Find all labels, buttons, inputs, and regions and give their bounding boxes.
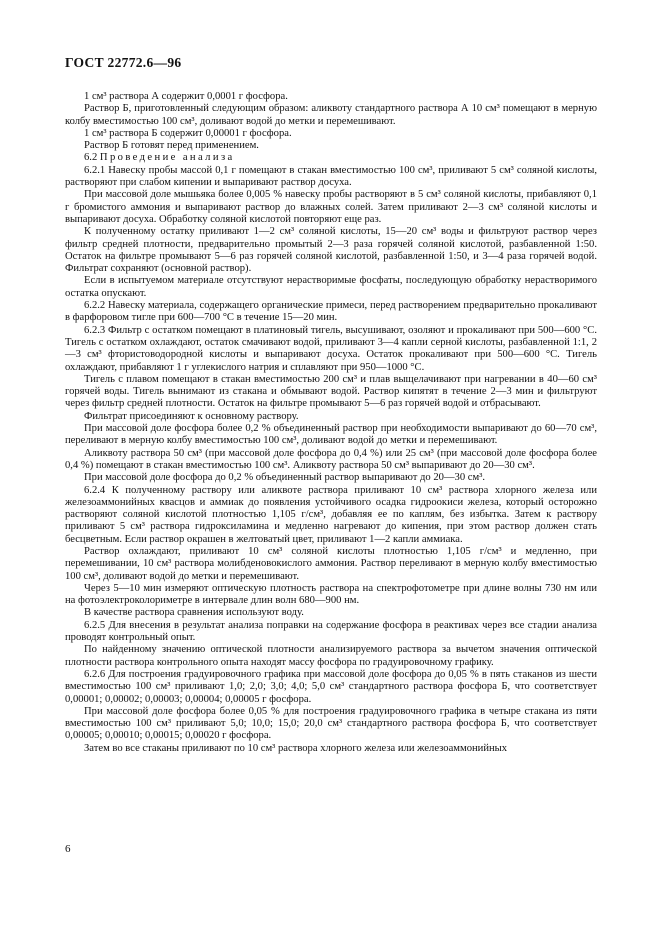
paragraph: Раствор Б, приготовленный следующим обра…: [65, 103, 597, 128]
paragraph: К полученному остатку приливают 1—2 см³ …: [65, 226, 597, 275]
paragraph: При массовой доле мышьяка более 0,005 % …: [65, 189, 597, 226]
paragraph: 6.2.4 К полученному раствору или аликвот…: [65, 485, 597, 546]
paragraph: Затем во все стаканы приливают по 10 см³…: [65, 743, 597, 755]
paragraph: 6.2.1 Навеску пробы массой 0,1 г помещаю…: [65, 165, 597, 190]
paragraph: При массовой доле фосфора до 0,2 % объед…: [65, 472, 597, 484]
paragraph: По найденному значению оптической плотно…: [65, 644, 597, 669]
paragraph: Фильтрат присоединяют к основному раство…: [65, 411, 597, 423]
paragraph: Аликвоту раствора 50 см³ (при массовой д…: [65, 448, 597, 473]
paragraph: 6.2.2 Навеску материала, содержащего орг…: [65, 300, 597, 325]
paragraph: Раствор Б готовят перед применением.: [65, 140, 597, 152]
paragraph: В качестве раствора сравнения используют…: [65, 607, 597, 619]
paragraph: При массовой доле фосфора более 0,05 % д…: [65, 706, 597, 743]
paragraph: 6.2.5 Для внесения в результат анализа п…: [65, 620, 597, 645]
paragraph: 6.2.6 Для построения градуировочного гра…: [65, 669, 597, 706]
paragraph: Если в испытуемом материале отсутствуют …: [65, 275, 597, 300]
paragraph: Раствор охлаждают, приливают 10 см³ соля…: [65, 546, 597, 583]
section-heading-title: Проведение анализа: [100, 152, 235, 163]
paragraph: 1 см³ раствора Б содержит 0,00001 г фосф…: [65, 128, 597, 140]
page-content: ГОСТ 22772.6—96 1 см³ раствора А содержи…: [65, 56, 597, 755]
paragraph: Через 5—10 мин измеряют оптическую плотн…: [65, 583, 597, 608]
document-page: ГОСТ 22772.6—96 1 см³ раствора А содержи…: [0, 0, 661, 936]
page-number: 6: [65, 843, 71, 855]
paragraphs: 1 см³ раствора А содержит 0,0001 г фосфо…: [65, 91, 597, 755]
paragraph: Тигель с плавом помещают в стакан вмести…: [65, 374, 597, 411]
section-heading: 6.2 Проведение анализа: [65, 152, 597, 164]
paragraph: 6.2.3 Фильтр с остатком помещают в плати…: [65, 325, 597, 374]
paragraph: При массовой доле фосфора более 0,2 % об…: [65, 423, 597, 448]
standard-designation-header: ГОСТ 22772.6—96: [65, 56, 597, 70]
paragraph: 1 см³ раствора А содержит 0,0001 г фосфо…: [65, 91, 597, 103]
